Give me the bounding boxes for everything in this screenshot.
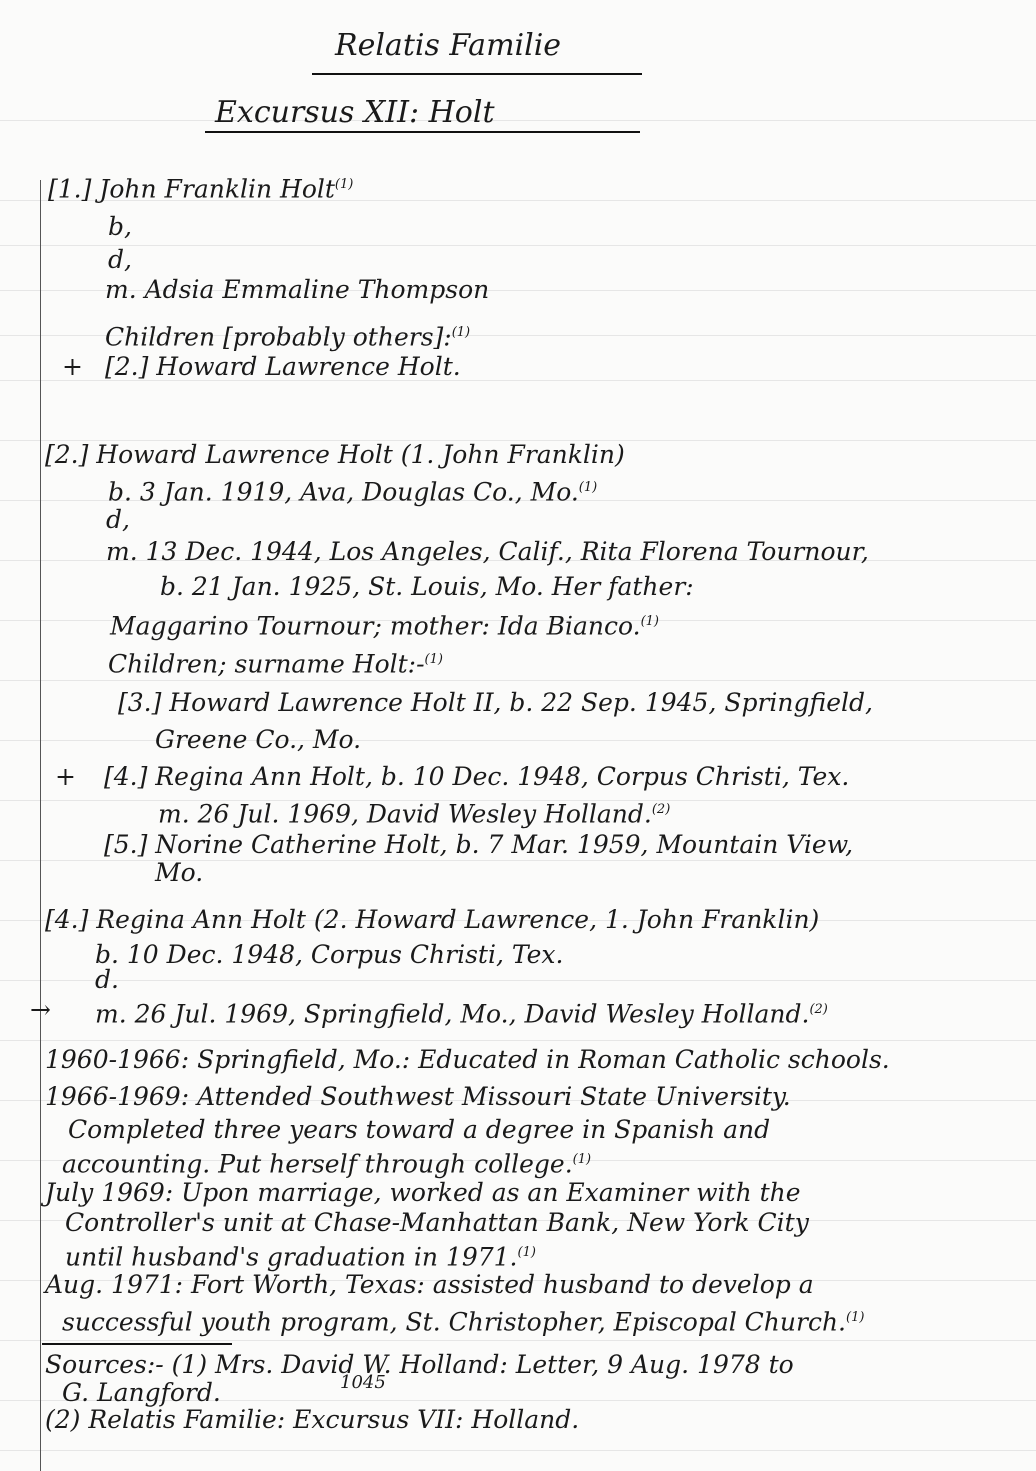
timeline-1969-line2: Controller's unit at Chase-Manhattan Ban… [65, 1208, 809, 1238]
entry-2-child-3-line2: Greene Co., Mo. [155, 725, 361, 755]
entry-2-born: b. 3 Jan. 1919, Ava, Douglas Co., Mo.(1) [108, 473, 597, 507]
timeline-1969-line3: until husband's graduation in 1971.(1) [65, 1238, 536, 1272]
entry-4-born: b. 10 Dec. 1948, Corpus Christi, Tex. [95, 940, 563, 970]
entry-4-died: d. [95, 965, 119, 995]
entry-2-children-label: Children; surname Holt:-(1) [108, 645, 443, 679]
timeline-1971-line1: Aug. 1971: Fort Worth, Texas: assisted h… [45, 1270, 814, 1300]
entry-1-children-label: Children [probably others]:(1) [105, 318, 470, 352]
entry-4-married: m. 26 Jul. 1969, Springfield, Mo., David… [95, 995, 828, 1029]
timeline-1971-line2: successful youth program, St. Christophe… [62, 1303, 864, 1337]
source-1-line2: G. Langford. [62, 1378, 221, 1408]
timeline-1960: 1960-1966: Springfield, Mo.: Educated in… [45, 1045, 890, 1075]
title-underline [312, 73, 642, 75]
entry-2-child-3-line1: [3.] Howard Lawrence Holt II, b. 22 Sep.… [118, 688, 873, 718]
page-reference: 1045 [340, 1368, 386, 1398]
entry-1-married: m. Adsia Emmaline Thompson [105, 275, 489, 305]
entry-2-child-5-line1: [5.] Norine Catherine Holt, b. 7 Mar. 19… [104, 830, 853, 860]
entry-2-child-4-marker: + [55, 762, 76, 792]
entry-4-heading: [4.] Regina Ann Holt (2. Howard Lawrence… [45, 905, 819, 935]
entry-1-died: d, [108, 245, 132, 275]
entry-1-born: b, [108, 212, 132, 242]
document-subtitle: Excursus XII: Holt [215, 95, 495, 130]
entry-2-heading: [2.] Howard Lawrence Holt (1. John Frank… [45, 440, 625, 470]
source-1-line1: Sources:- (1) Mrs. David W. Holland: Let… [45, 1350, 794, 1380]
entry-2-child-4-line1: [4.] Regina Ann Holt, b. 10 Dec. 1948, C… [104, 762, 849, 792]
entry-2-died: d, [106, 505, 130, 535]
timeline-1966-line2: Completed three years toward a degree in… [68, 1115, 770, 1145]
entry-1-heading: [1.] John Franklin Holt(1) [48, 170, 353, 204]
entry-2-child-5-line2: Mo. [155, 858, 203, 888]
timeline-1966-line3: accounting. Put herself through college.… [62, 1145, 591, 1179]
sources-divider [42, 1343, 232, 1345]
entry-1-child-marker: + [62, 352, 83, 382]
arrow-icon: → [30, 995, 51, 1025]
source-2: (2) Relatis Familie: Excursus VII: Holla… [45, 1405, 579, 1435]
entry-2-child-4-line2: m. 26 Jul. 1969, David Wesley Holland.(2… [158, 795, 670, 829]
entry-2-married-line2: b. 21 Jan. 1925, St. Louis, Mo. Her fath… [160, 572, 694, 602]
document-title: Relatis Familie [335, 28, 561, 63]
entry-2-married-line3: Maggarino Tournour; mother: Ida Bianco.(… [110, 607, 659, 641]
margin-line [40, 180, 41, 1471]
entry-1-child: [2.] Howard Lawrence Holt. [105, 352, 461, 382]
subtitle-underline [205, 131, 640, 133]
timeline-1969-line1: July 1969: Upon marriage, worked as an E… [45, 1178, 801, 1208]
timeline-1966-line1: 1966-1969: Attended Southwest Missouri S… [45, 1082, 791, 1112]
entry-2-married-line1: m. 13 Dec. 1944, Los Angeles, Calif., Ri… [106, 537, 869, 567]
